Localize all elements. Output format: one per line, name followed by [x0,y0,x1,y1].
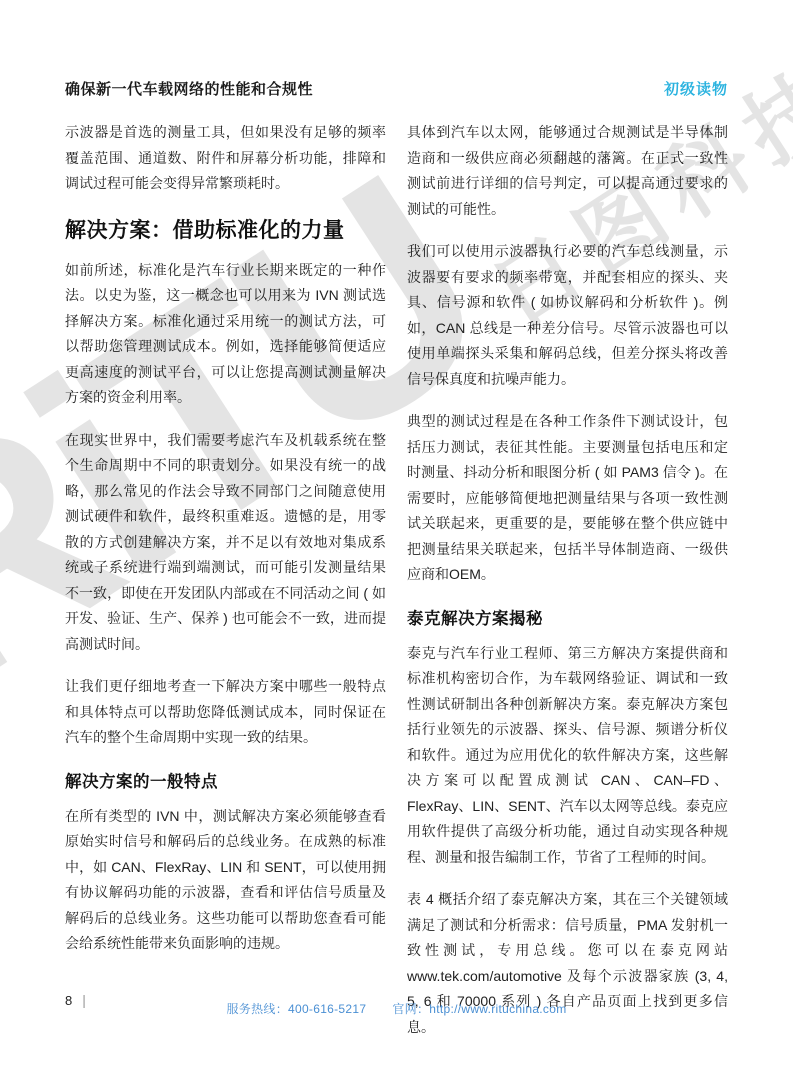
page-footer: 8 | 服务热线：400-616-5217官网：http://www.rituc… [0,992,793,1022]
paragraph: 在所有类型的 IVN 中，测试解决方案必须能够查看原始实时信号和解码后的总线业务… [65,804,386,957]
official-website-link[interactable]: 官网：http://www.rituchina.com [392,1002,566,1016]
service-hotline: 服务热线：400-616-5217 [227,1002,367,1016]
document-title: 确保新一代车载网络的性能和合规性 [65,78,313,99]
paragraph: 让我们更仔细地考查一下解决方案中哪些一般特点和具体特点可以帮助您降低测试成本，同… [65,674,386,751]
paragraph: 泰克与汽车行业工程师、第三方解决方案提供商和标准机构密切合作，为车载网络验证、调… [407,641,728,871]
document-level-badge: 初级读物 [664,78,728,99]
paragraph-intro: 示波器是首选的测量工具，但如果没有足够的频率覆盖范围、通道数、附件和屏幕分析功能… [65,120,386,197]
subheading-tek-solutions: 泰克解决方案揭秘 [407,605,728,629]
paragraph: 具体到汽车以太网，能够通过合规测试是半导体制造商和一级供应商必须翻越的藩篱。在正… [407,120,728,222]
paragraph: 在现实世界中，我们需要考虑汽车及机载系统在整个生命周期中不同的职责划分。如果没有… [65,428,386,658]
footer-contact-line: 服务热线：400-616-5217官网：http://www.rituchina… [0,1000,793,1017]
paragraph: 如前所述，标准化是汽车行业长期来既定的一种作法。以史为鉴，这一概念也可以用来为 … [65,258,386,411]
paragraph: 典型的测试过程是在各种工作条件下测试设计，包括压力测试，表征其性能。主要测量包括… [407,409,728,588]
paragraph: 我们可以使用示波器执行必要的汽车总线测量，示波器要有要求的频率带宽，并配套相应的… [407,239,728,392]
left-column: 示波器是首选的测量工具，但如果没有足够的频率覆盖范围、通道数、附件和屏幕分析功能… [65,120,386,1057]
section-heading-standardization: 解决方案：借助标准化的力量 [65,214,386,244]
body-columns: 示波器是首选的测量工具，但如果没有足够的频率覆盖范围、通道数、附件和屏幕分析功能… [65,120,728,1057]
right-column: 具体到汽车以太网，能够通过合规测试是半导体制造商和一级供应商必须翻越的藩篱。在正… [407,120,728,1057]
document-page: RiTU 日图科技 确保新一代车载网络的性能和合规性 初级读物 示波器是首选的测… [0,0,793,1077]
page-header: 确保新一代车载网络的性能和合规性 初级读物 [65,78,728,99]
subheading-general-features: 解决方案的一般特点 [65,768,386,792]
